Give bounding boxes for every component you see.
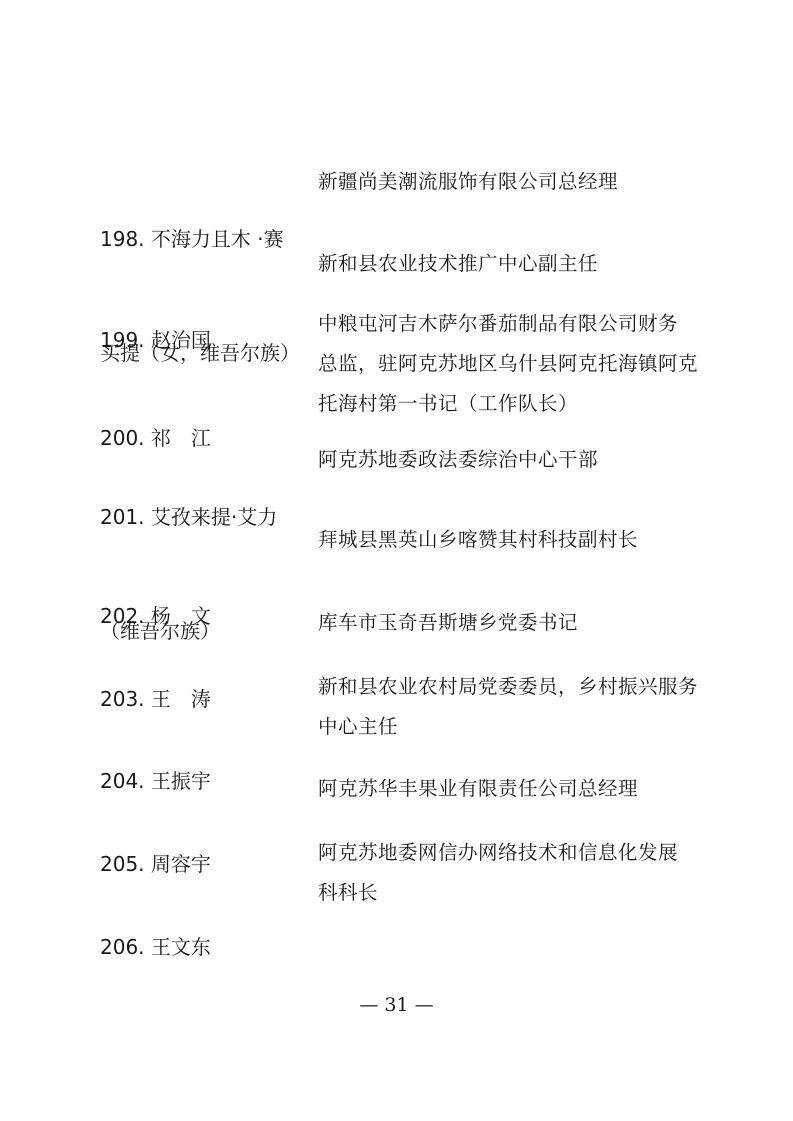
entry-description: 新疆尚美潮流服饰有限公司总经理 <box>318 162 718 202</box>
entry-description: 拜城县黑英山乡喀赞其村科技副村长 <box>318 520 718 560</box>
entry-description: 中粮屯河吉木萨尔番茄制品有限公司财务 总监，驻阿克苏地区乌什县阿克托海镇阿克 托… <box>318 304 718 424</box>
entry-description: 阿克苏华丰果业有限责任公司总经理 <box>318 769 718 809</box>
page-number: — 31 — <box>0 994 793 1016</box>
entry-description: 新和县农业农村局党委委员，乡村振兴服务 中心主任 <box>318 667 718 747</box>
entry-description: 阿克苏地委政法委综治中心干部 <box>318 440 718 480</box>
entry-description: 阿克苏地委网信办网络技术和信息化发展 科科长 <box>318 833 718 913</box>
entry-description: 新和县农业技术推广中心副主任 <box>318 244 718 284</box>
entry-description: 库车市玉奇吾斯塘乡党委书记 <box>318 603 718 643</box>
entry-number: 206. <box>100 935 145 959</box>
